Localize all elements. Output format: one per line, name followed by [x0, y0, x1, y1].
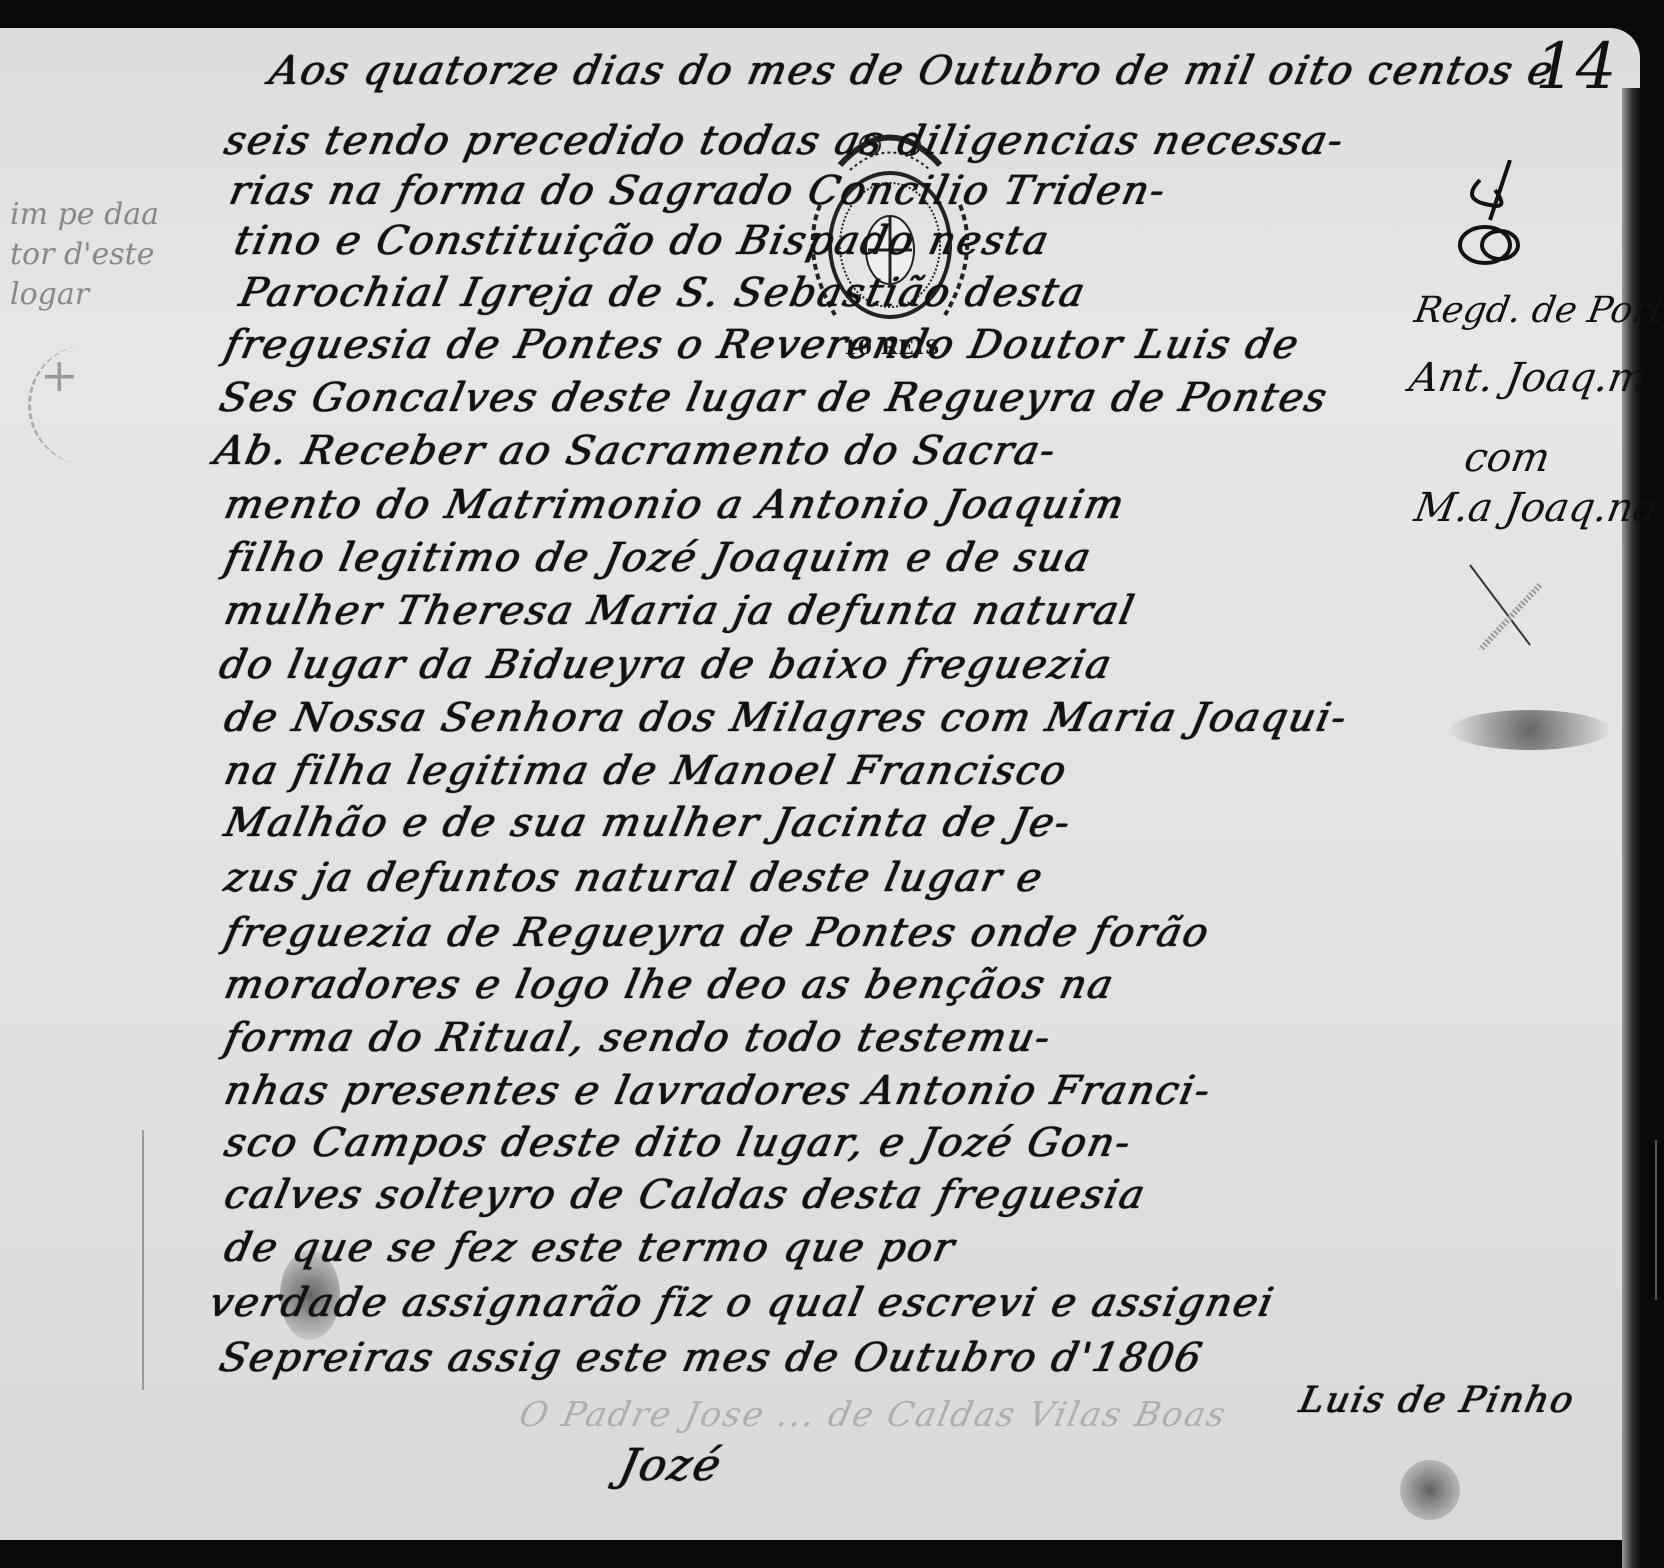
x-mark-icon: [1460, 560, 1550, 650]
record-line: zus ja defuntos natural deste lugar e: [220, 855, 1048, 901]
record-line: de Nossa Senhora dos Milagres com Maria …: [220, 695, 1352, 741]
record-line: sco Campos deste dito lugar, e Jozé Gon-: [220, 1120, 1136, 1166]
record-line: moradores e logo lhe deo as bençãos na: [220, 962, 1118, 1008]
record-line: seis tendo precedido todas as diligencia…: [220, 118, 1348, 164]
record-line: de que se fez este termo que por: [220, 1225, 960, 1271]
record-line: nhas presentes e lavradores Antonio Fran…: [220, 1068, 1215, 1114]
right-margin-line: Regd. de Portg: [1411, 290, 1664, 331]
record-line: filho legitimo de Jozé Joaquim e de sua: [220, 535, 1096, 581]
signature: Luis de Pinho: [1296, 1380, 1579, 1421]
record-line: verdade assignarão fiz o qual escrevi e …: [205, 1280, 1279, 1326]
record-line: Ab. Receber ao Sacramento do Sacra-: [210, 428, 1061, 474]
margin-bracket-right: [1655, 1140, 1657, 1300]
right-margin-line: Ant. Joaq.m: [1406, 355, 1650, 401]
record-line: Sepreiras assig este mes de Outubro d'18…: [215, 1335, 1207, 1381]
margin-note-line: logar: [10, 275, 220, 315]
record-line: mulher Theresa Maria ja defunta natural: [220, 588, 1139, 634]
record-line: freguezia de Regueyra de Pontes onde for…: [220, 910, 1214, 956]
record-line: calves solteyro de Caldas desta freguesi…: [220, 1172, 1150, 1218]
record-line: do lugar da Bidueyra de baixo freguezia: [215, 642, 1117, 688]
record-line: Parochial Igreja de S. Sebastião desta: [235, 270, 1090, 316]
record-line: Ses Goncalves deste lugar de Regueyra de…: [215, 375, 1332, 421]
left-margin-note: im pe daa tor d'este logar +: [10, 195, 220, 315]
record-line: Malhão e de sua mulher Jacinta de Je-: [220, 800, 1075, 846]
margin-bracket-left: [142, 1130, 144, 1390]
record-line: forma do Ritual, sendo todo testemu-: [220, 1015, 1056, 1061]
signature: Jozé: [615, 1440, 727, 1491]
record-line: na filha legitima de Manoel Francisco: [220, 748, 1072, 794]
record-line: freguesia de Pontes o Reverendo Doutor L…: [220, 322, 1304, 368]
ink-bleed: [1450, 710, 1610, 750]
record-line: rias na forma do Sagrado Concilio Triden…: [225, 168, 1170, 214]
record-line: O Padre Jose ... de Caldas Vilas Boas: [516, 1395, 1231, 1435]
margin-note-line: im pe daa: [10, 195, 220, 235]
right-margin-line: M.a Joaq.na: [1411, 485, 1661, 531]
right-margin-line: com: [1461, 435, 1554, 481]
signature-flourish-icon: [1450, 160, 1540, 270]
cross-mark-icon: +: [40, 355, 79, 395]
margin-note-line: tor d'este: [10, 235, 220, 275]
ink-blot: [1400, 1460, 1460, 1520]
record-line: tino e Constituição do Bispado nesta: [230, 218, 1054, 264]
record-line: mento do Matrimonio a Antonio Joaquim: [220, 482, 1129, 528]
record-line: Aos quatorze dias do mes de Outubro de m…: [265, 48, 1558, 94]
